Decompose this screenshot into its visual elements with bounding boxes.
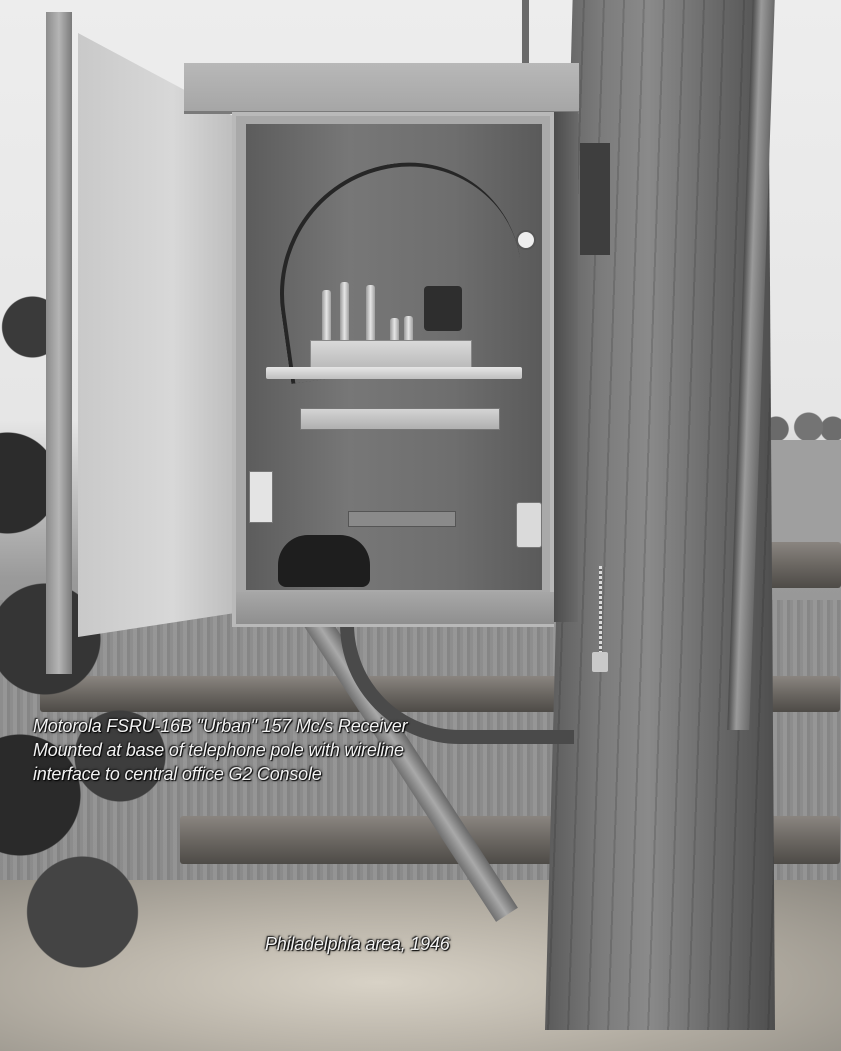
padlock-icon xyxy=(592,652,608,672)
photo-caption: Motorola FSRU-16B "Urban" 157 Mc/s Recei… xyxy=(33,714,407,786)
antenna-mast xyxy=(522,0,529,64)
vacuum-tube xyxy=(390,318,399,340)
cabinet-side xyxy=(554,112,578,622)
receiver-shelf xyxy=(266,367,522,379)
transformer xyxy=(424,286,462,331)
upper-hasp xyxy=(580,143,610,255)
distant-water xyxy=(760,440,841,550)
photograph xyxy=(0,0,841,1051)
cabinet-door-edge xyxy=(46,12,72,674)
caption-line-mounting: Mounted at base of telephone pole with w… xyxy=(33,738,407,762)
caption-line-interface: interface to central office G2 Console xyxy=(33,762,407,786)
vacuum-tube xyxy=(322,290,331,340)
vacuum-tube xyxy=(340,282,349,340)
vacuum-tube xyxy=(404,316,413,340)
pressure-gauge xyxy=(516,230,536,250)
lock-chain xyxy=(599,566,602,652)
telephone-handset xyxy=(278,535,370,587)
caption-line-model: Motorola FSRU-16B "Urban" 157 Mc/s Recei… xyxy=(33,714,407,738)
location-caption: Philadelphia area, 1946 xyxy=(265,932,450,956)
junction-box xyxy=(516,502,542,548)
distant-trees xyxy=(760,405,841,445)
switch-box xyxy=(249,471,273,523)
cabinet-door-open xyxy=(78,33,236,637)
cabinet-bottom xyxy=(236,592,554,624)
cabinet-lid xyxy=(184,63,579,114)
vacuum-tube xyxy=(366,285,375,340)
mounting-bracket xyxy=(300,408,500,430)
terminal-strip xyxy=(348,511,456,527)
receiver-chassis xyxy=(310,340,472,370)
